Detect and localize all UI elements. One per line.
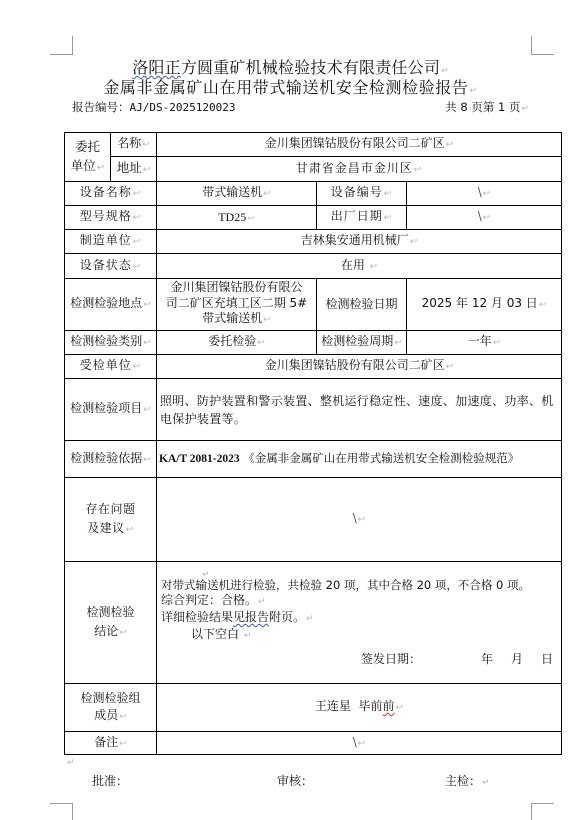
cell-end-mark: ↩	[384, 213, 393, 223]
paragraph-mark: ↵	[244, 631, 252, 641]
cell-end-mark: ↩	[142, 140, 150, 150]
client-address-value: 甘肃省金昌市金川区	[296, 161, 413, 175]
table-row-basis: 检测检验依据↩ KA/T 2081-2023 《金属非金属矿山在用带式输送机安全…	[65, 441, 562, 478]
manufacturer-label-cell: 制造单位↩	[65, 230, 157, 254]
cell-end-mark: ↩	[263, 315, 271, 325]
basis-label-cell: 检测检验依据↩	[65, 441, 157, 478]
page-info-text: 共 8 页第 1 页	[445, 100, 520, 114]
equipment-no-value-cell: \↩	[407, 182, 562, 206]
problems-value: \	[353, 511, 357, 525]
inspection-date-label-cell: 检测检验日期	[317, 279, 407, 331]
cell-end-mark: ↩	[133, 213, 142, 223]
conclusion-label-line1: 检测检验	[86, 605, 134, 619]
inspected-unit-label: 受检单位	[80, 358, 132, 372]
equipment-no-label-cell: 设备编号↩	[317, 182, 407, 206]
manufacturer-label: 制造单位	[80, 233, 132, 247]
chief-inspector-signature: 主检：↵	[445, 772, 490, 789]
location-value-cell: 金川集团镍钴股份有限公司二矿区充填工区二期 5#带式输送机↩	[157, 279, 317, 331]
client-address-label-cell: 地址↩	[111, 157, 157, 182]
conclusion-line-summary: 对带式输送机进行检验，共检验 20 项，其中合格 20 项，不合格 0 项。	[161, 578, 557, 593]
paragraph-mark: ↵	[470, 86, 478, 96]
table-row-inspected-unit: 受检单位↩ 金川集团镍钴股份有限公司二矿区↩	[65, 355, 562, 379]
cell-end-mark: ↩	[394, 338, 402, 348]
table-row-remarks: 备注↩ \↩	[65, 732, 562, 755]
table-row-client-address: 地址↩ 甘肃省金昌市金川区↩	[65, 157, 562, 182]
issue-date: 签发日期： 年 月 日	[161, 652, 557, 667]
manufacturer-value-cell: 吉林集安通用机械厂↩	[157, 230, 562, 254]
inspected-unit-label-cell: 受检单位↩	[65, 355, 157, 379]
basis-standard-code: KA/T 2081-2023	[159, 453, 240, 465]
client-label-line2: 单位	[71, 158, 96, 173]
cell-end-mark: ↩	[358, 739, 366, 749]
approve-signature: 批准：	[92, 772, 128, 789]
cell-end-mark: ↩	[133, 262, 142, 272]
equipment-name-label-cell: 设备名称↩	[65, 182, 157, 206]
table-row-status: 设备状态↩ 在用 ↩	[65, 254, 562, 279]
cell-end-mark: ↩	[539, 300, 547, 310]
items-label-cell: 检测检验项目↩	[65, 379, 157, 441]
client-name-value: 金川集团镍钴股份有限公司二矿区	[265, 136, 445, 150]
conclusion-details-pre: 详细检验结果	[161, 610, 233, 624]
paragraph-mark: ↵	[482, 778, 490, 788]
problems-label-line1: 存在问题	[85, 502, 135, 516]
issue-date-label: 签发日期：	[361, 652, 421, 667]
report-number-value: AJ/DS-2025120023	[130, 101, 236, 114]
cell-end-mark: ↩	[143, 455, 151, 465]
conclusion-details-post: 附页。	[269, 610, 305, 624]
model-label-cell: 型号规格↩	[65, 206, 157, 230]
cell-end-mark: ↩	[446, 140, 454, 150]
page-corner-mark-top-left	[50, 36, 73, 55]
cell-end-mark: ↩	[396, 703, 404, 713]
manufacture-date-label: 出厂日期	[331, 209, 383, 223]
equipment-no-value: \	[478, 185, 482, 199]
table-row-location: 检测检验地点↩ 金川集团镍钴股份有限公司二矿区充填工区二期 5#带式输送机↩ 检…	[65, 279, 562, 331]
items-value: 照明、防护装置和警示装置、整机运行稳定性、速度、加速度、功率、机电保护装置等。	[160, 394, 554, 426]
members-value-spellcheck: 前	[383, 699, 395, 713]
table-row-conclusion: 检测检验结论↩ ↵ 对带式输送机进行检验，共检验 20 项，其中合格 20 项，…	[65, 562, 562, 684]
remarks-label-cell: 备注↩	[65, 732, 157, 755]
members-label-cell: 检测检验组成员↩	[65, 684, 157, 732]
inspected-unit-value-cell: 金川集团镍钴股份有限公司二矿区↩	[157, 355, 562, 379]
table-row-manufacturer: 制造单位↩ 吉林集安通用机械厂↩	[65, 230, 562, 254]
client-name-value-cell: 金川集团镍钴股份有限公司二矿区↩	[157, 133, 562, 157]
blank-below-text: 以下空白	[191, 627, 239, 641]
members-label-line1: 检测检验组	[80, 691, 140, 705]
equipment-name-value-cell: 带式输送机↩	[157, 182, 317, 206]
approve-label: 批准：	[92, 774, 128, 788]
page-corner-mark-bottom-left	[50, 803, 73, 820]
conclusion-line-verdict: 综合判定：合格。↵	[161, 593, 557, 610]
cycle-value-cell: 一年↩	[407, 331, 562, 355]
cell-end-mark: ↩	[384, 189, 393, 199]
model-value: TD25	[218, 210, 246, 224]
category-label-cell: 检测检验类别↩	[65, 331, 157, 355]
conclusion-label-cell: 检测检验结论↩	[65, 562, 157, 684]
review-label: 审核：	[277, 774, 313, 788]
cell-end-mark: ↩	[446, 362, 454, 372]
conclusion-verdict-text: 综合判定：合格。	[161, 593, 257, 607]
inspection-date-value-cell: 2025 年 12 月 03 日↩	[407, 279, 562, 331]
client-name-label: 名称	[117, 136, 141, 150]
cell-end-mark: ↩	[126, 525, 134, 535]
category-value: 委托检验	[208, 334, 256, 348]
cell-end-mark: ↩	[483, 189, 491, 199]
cell-end-mark: ↩	[119, 628, 127, 638]
table-row-members: 检测检验组成员↩ 王连星 毕前前↩	[65, 684, 562, 732]
paragraph-mark: ↵	[521, 104, 529, 114]
page-info: 共 8 页第 1 页↵	[445, 99, 529, 115]
status-label: 设备状态	[80, 258, 132, 272]
basis-label: 检测检验依据	[70, 451, 142, 465]
status-value: 在用	[341, 258, 365, 272]
cell-end-mark: ↩	[119, 712, 127, 722]
report-number: 报告编号：AJ/DS-2025120023	[72, 99, 235, 115]
category-value-cell: 委托检验↩	[157, 331, 317, 355]
paragraph-mark: ↵	[306, 614, 314, 624]
page-corner-mark-top-right	[531, 36, 554, 55]
problems-label-line2: 及建议	[87, 521, 125, 535]
cell-end-mark: ↩	[410, 237, 418, 247]
manufacture-date-value-cell: \↩	[407, 206, 562, 230]
report-number-label: 报告编号：	[72, 100, 130, 114]
conclusion-summary-text: 对带式输送机进行检验，共检验 20 项，其中合格 20 项，不合格 0 项。	[161, 578, 530, 592]
cell-end-mark: ↩	[263, 189, 271, 199]
cell-end-mark: ↩	[483, 213, 491, 223]
inspection-date-label: 检测检验日期	[325, 297, 397, 311]
table-row-model: 型号规格↩ TD25↩ 出厂日期↩ \↩	[65, 206, 562, 230]
items-label: 检测检验项目	[70, 401, 142, 415]
remarks-value: \	[353, 735, 357, 749]
issue-date-month: 月	[511, 652, 523, 667]
items-value-cell: 照明、防护装置和警示装置、整机运行稳定性、速度、加速度、功率、机电保护装置等。	[157, 379, 562, 441]
conclusion-line-blank-below: 以下空白 ↵	[161, 627, 557, 644]
cell-end-mark: ↩	[133, 237, 142, 247]
client-name-label-cell: 名称↩	[111, 133, 157, 157]
model-value-cell: TD25↩	[157, 206, 317, 230]
client-address-value-cell: 甘肃省金昌市金川区↩	[157, 157, 562, 182]
equipment-no-label: 设备编号	[331, 185, 383, 199]
cell-end-mark: ↩	[133, 189, 142, 199]
basis-value-cell: KA/T 2081-2023 《金属非金属矿山在用带式输送机安全检测检验规范》	[157, 441, 562, 478]
cell-end-mark: ↩	[414, 165, 423, 175]
cell-end-mark: ↩	[143, 300, 151, 310]
inspection-date-value: 2025 年 12 月 03 日	[422, 296, 538, 310]
page-corner-mark-bottom-right	[531, 803, 554, 820]
cell-end-mark: ↩	[143, 338, 151, 348]
report-title: 金属非金属矿山在用带式输送机安全检测检验报告↵	[0, 75, 581, 98]
status-value-cell: 在用 ↩	[157, 254, 562, 279]
location-label: 检测检验地点	[70, 296, 142, 310]
client-label-cell: 委托单位↩	[65, 133, 111, 182]
cycle-label: 检测检验周期	[321, 334, 393, 348]
issue-date-day: 日	[541, 652, 553, 667]
status-label-cell: 设备状态↩	[65, 254, 157, 279]
equipment-name-label: 设备名称	[80, 185, 132, 199]
table-row-equipment-name: 设备名称↩ 带式输送机↩ 设备编号↩ \↩	[65, 182, 562, 206]
client-label-line1: 委托	[75, 139, 100, 154]
inspected-unit-value: 金川集团镍钴股份有限公司二矿区	[265, 358, 445, 372]
category-label: 检测检验类别	[70, 334, 142, 348]
client-address-label: 地址	[117, 160, 142, 175]
cell-end-mark: ↩	[370, 262, 378, 272]
location-value-line2: 司二矿区充填工区二期 5#	[166, 296, 308, 310]
basis-standard-title: 《金属非金属矿山在用带式输送机安全检测检验规范》	[243, 451, 519, 465]
problems-value-cell: \↩	[157, 478, 562, 562]
cell-end-mark: ↩	[143, 405, 151, 415]
conclusion-value-cell: ↵ 对带式输送机进行检验，共检验 20 项，其中合格 20 项，不合格 0 项。…	[157, 562, 562, 684]
paragraph-mark: ↵	[258, 597, 266, 607]
table-row-items: 检测检验项目↩ 照明、防护装置和警示装置、整机运行稳定性、速度、加速度、功率、机…	[65, 379, 562, 441]
members-value: 王连星 毕前	[315, 699, 383, 713]
conclusion-line-details: 详细检验结果见报告附页。↵	[161, 610, 557, 627]
cycle-value: 一年	[468, 334, 492, 348]
cell-end-mark: ↩	[247, 213, 255, 223]
equipment-name-value: 带式输送机	[202, 185, 262, 199]
remarks-label: 备注	[94, 735, 118, 749]
cell-end-mark: ↩	[493, 338, 501, 348]
manufacture-date-label-cell: 出厂日期↩	[317, 206, 407, 230]
issue-date-year: 年	[481, 652, 493, 667]
cell-end-mark: ↩	[119, 739, 127, 749]
problems-label-cell: 存在问题及建议↩	[65, 478, 157, 562]
conclusion-label-line2: 结论	[94, 624, 118, 638]
location-value-line1: 金川集团镍钴股份有限公	[170, 280, 302, 294]
manufacturer-value: 吉林集安通用机械厂	[301, 233, 409, 247]
conclusion-blank-line: ↵	[161, 568, 557, 578]
table-row-problems: 存在问题及建议↩ \↩	[65, 478, 562, 562]
chief-inspector-label: 主检：	[445, 774, 481, 788]
location-value-line3: 带式输送机	[202, 311, 262, 325]
cell-end-mark: ↩	[133, 362, 142, 372]
cell-end-mark: ↩	[97, 163, 105, 173]
remarks-value-cell: \↩	[157, 732, 562, 755]
manufacture-date-value: \	[478, 209, 482, 223]
table-row-client-name: 委托单位↩ 名称↩ 金川集团镍钴股份有限公司二矿区↩	[65, 133, 562, 157]
conclusion-details-spellcheck: 见报告	[233, 610, 269, 624]
model-label: 型号规格	[80, 209, 132, 223]
paragraph-mark-after-table: ↵	[67, 758, 75, 768]
report-title-text: 金属非金属矿山在用带式输送机安全检测检验报告	[103, 78, 468, 97]
cell-end-mark: ↩	[257, 338, 265, 348]
review-signature: 审核：	[277, 772, 313, 789]
table-row-category: 检测检验类别↩ 委托检验↩ 检测检验周期↩ 一年↩	[65, 331, 562, 355]
location-label-cell: 检测检验地点↩	[65, 279, 157, 331]
members-value-cell: 王连星 毕前前↩	[157, 684, 562, 732]
members-label-line2: 成员	[94, 708, 118, 722]
cycle-label-cell: 检测检验周期↩	[317, 331, 407, 355]
cell-end-mark: ↩	[143, 165, 151, 175]
cell-end-mark: ↩	[358, 515, 366, 525]
report-table: 委托单位↩ 名称↩ 金川集团镍钴股份有限公司二矿区↩ 地址↩ 甘肃省金昌市金川区…	[64, 132, 562, 755]
